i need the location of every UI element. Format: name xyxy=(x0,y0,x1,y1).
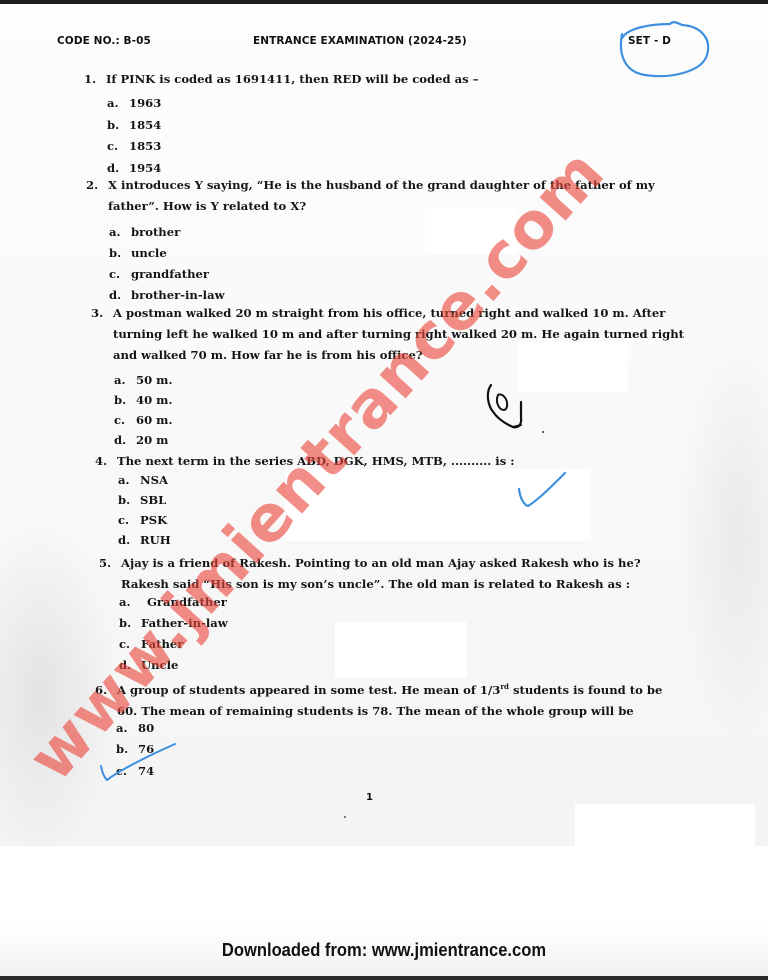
question-text-line: Rakesh said “His son is my son’s uncle”.… xyxy=(121,574,641,595)
option-text: uncle xyxy=(131,246,167,260)
option[interactable]: c.Father xyxy=(119,637,183,651)
option[interactable]: a.Grandfather xyxy=(119,595,227,609)
option-label: b. xyxy=(107,118,129,132)
question-2: 2. X introduces Y saying, “He is the hus… xyxy=(108,175,655,217)
option-label: d. xyxy=(107,161,129,175)
option-text: 50 m. xyxy=(136,373,172,387)
question-text-line: 60. The mean of remaining students is 78… xyxy=(117,701,662,722)
set-label: SET - D xyxy=(628,35,671,47)
question-text: The next term in the series ABD, DGK, HM… xyxy=(117,454,515,468)
question-number: 3. xyxy=(91,303,103,324)
option-text: 1854 xyxy=(129,118,161,132)
question-text-line: turning left he walked 10 m and after tu… xyxy=(113,324,684,345)
option[interactable]: b.1854 xyxy=(107,118,161,132)
option-text: 76 xyxy=(138,742,154,756)
option-text: Grandfather xyxy=(147,595,227,609)
question-6: 6. A group of students appeared in some … xyxy=(117,680,662,722)
option-text: Uncle xyxy=(141,658,178,672)
option[interactable]: c.60 m. xyxy=(114,413,172,427)
option[interactable]: a.brother xyxy=(109,225,180,239)
option[interactable]: c.grandfather xyxy=(109,267,209,281)
option-label: a. xyxy=(114,373,136,387)
option-label: d. xyxy=(114,433,136,447)
exam-title: ENTRANCE EXAMINATION (2024-25) xyxy=(253,35,467,47)
question-number: 6. xyxy=(95,680,107,701)
option-label: c. xyxy=(119,637,141,651)
question-text-line: Ajay is a friend of Rakesh. Pointing to … xyxy=(121,553,641,574)
option-label: a. xyxy=(107,96,129,110)
option[interactable]: b.SBL xyxy=(118,493,166,507)
option-label: b. xyxy=(119,616,141,630)
option-text: Father xyxy=(141,637,183,651)
option-label: c. xyxy=(114,413,136,427)
option-text: NSA xyxy=(140,473,168,487)
option[interactable]: d.RUH xyxy=(118,533,171,547)
option-text: 80 xyxy=(138,721,154,735)
option-label: c. xyxy=(107,139,129,153)
question-text-line: father”. How is Y related to X? xyxy=(108,196,655,217)
option[interactable]: b.uncle xyxy=(109,246,167,260)
question-3: 3. A postman walked 20 m straight from h… xyxy=(113,303,684,366)
question-text-line: A postman walked 20 m straight from his … xyxy=(113,303,684,324)
redaction-patch xyxy=(575,804,755,846)
option[interactable]: c.1853 xyxy=(107,139,161,153)
option-label: a. xyxy=(119,595,147,609)
option-text: PSK xyxy=(140,513,167,527)
option[interactable]: d.Uncle xyxy=(119,658,178,672)
option-label: a. xyxy=(118,473,140,487)
option-label: b. xyxy=(114,393,136,407)
option-label: a. xyxy=(116,721,138,735)
option[interactable]: a.50 m. xyxy=(114,373,172,387)
bottom-edge xyxy=(0,976,768,980)
option[interactable]: c.PSK xyxy=(118,513,167,527)
download-source-footer: Downloaded from: www.jmientrance.com xyxy=(31,940,738,961)
page-number: 1 xyxy=(366,792,373,803)
option-label: d. xyxy=(119,658,141,672)
question-text-line: and walked 70 m. How far he is from his … xyxy=(113,345,684,366)
question-text: If PINK is coded as 1691411, then RED wi… xyxy=(106,72,479,86)
option-text: 60 m. xyxy=(136,413,172,427)
option[interactable]: a.80 xyxy=(116,721,154,735)
option[interactable]: b.40 m. xyxy=(114,393,172,407)
option[interactable]: b.Father-in-law xyxy=(119,616,228,630)
option-text: grandfather xyxy=(131,267,209,281)
code-number: CODE NO.: B-05 xyxy=(57,35,151,47)
question-number: 2. xyxy=(86,175,98,196)
option-text: SBL xyxy=(140,493,166,507)
option-label: b. xyxy=(109,246,131,260)
question-4: 4. The next term in the series ABD, DGK,… xyxy=(117,451,515,472)
question-number: 4. xyxy=(95,451,107,472)
option[interactable]: a.1963 xyxy=(107,96,161,110)
option-text: 40 m. xyxy=(136,393,172,407)
option-text: RUH xyxy=(140,533,171,547)
option-text: 74 xyxy=(138,764,154,778)
option[interactable]: d.1954 xyxy=(107,161,161,175)
option-label: c. xyxy=(116,764,138,778)
option-text: 1853 xyxy=(129,139,161,153)
option-text: brother-in-law xyxy=(131,288,225,302)
option-text: 20 m xyxy=(136,433,168,447)
option-label: c. xyxy=(118,513,140,527)
option[interactable]: c.74 xyxy=(116,764,154,778)
redaction-patch xyxy=(335,622,467,678)
option[interactable]: b.76 xyxy=(116,742,154,756)
option-text: 1954 xyxy=(129,161,161,175)
question-number: 5. xyxy=(99,553,111,574)
option-label: d. xyxy=(109,288,131,302)
question-1: 1. If PINK is coded as 1691411, then RED… xyxy=(106,69,479,90)
question-5: 5. Ajay is a friend of Rakesh. Pointing … xyxy=(121,553,641,595)
question-number: 1. xyxy=(84,69,96,90)
option-label: b. xyxy=(116,742,138,756)
option[interactable]: a.NSA xyxy=(118,473,168,487)
option-label: b. xyxy=(118,493,140,507)
option-text: brother xyxy=(131,225,180,239)
option-label: a. xyxy=(109,225,131,239)
redaction-patch xyxy=(285,469,591,541)
option-text: Father-in-law xyxy=(141,616,228,630)
option-label: c. xyxy=(109,267,131,281)
option-text: 1963 xyxy=(129,96,161,110)
question-text-line: A group of students appeared in some tes… xyxy=(117,680,662,701)
option[interactable]: d.brother-in-law xyxy=(109,288,225,302)
option-label: d. xyxy=(118,533,140,547)
option[interactable]: d.20 m xyxy=(114,433,168,447)
question-text-line: X introduces Y saying, “He is the husban… xyxy=(108,175,655,196)
